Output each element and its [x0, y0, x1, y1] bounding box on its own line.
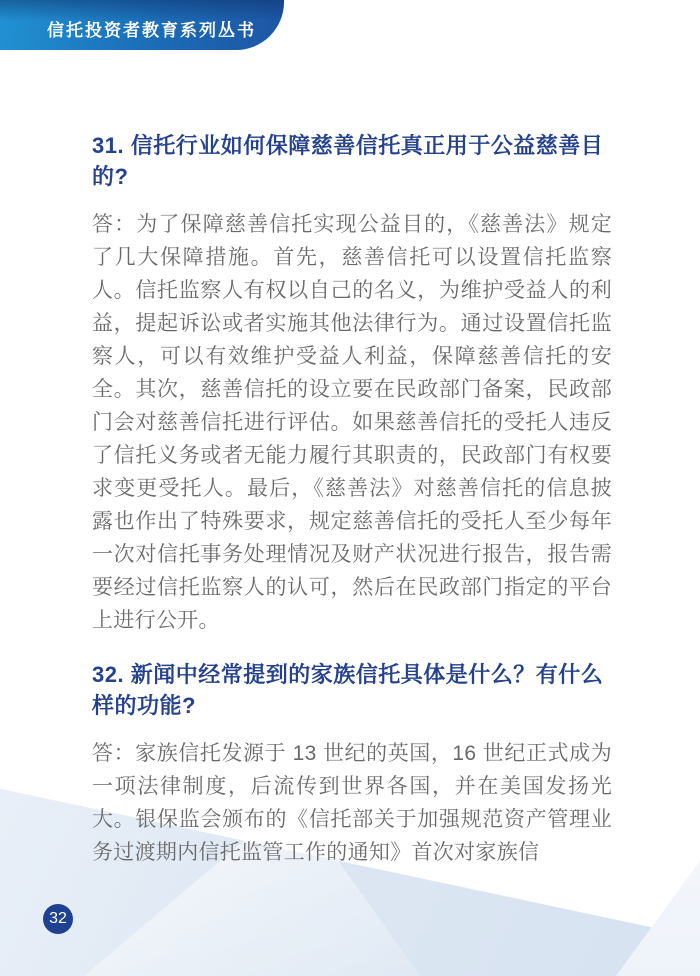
- series-title: 信托投资者教育系列丛书: [47, 16, 256, 41]
- book-page: 信托投资者教育系列丛书 31. 信托行业如何保障慈善信托真正用于公益慈善目的? …: [0, 0, 700, 976]
- page-content: 31. 信托行业如何保障慈善信托真正用于公益慈善目的? 答：为了保障慈善信托实现…: [92, 0, 612, 869]
- qa-section-31: 31. 信托行业如何保障慈善信托真正用于公益慈善目的? 答：为了保障慈善信托实现…: [92, 130, 612, 637]
- question-32-heading: 32. 新闻中经常提到的家族信托具体是什么？有什么样的功能?: [92, 659, 612, 721]
- page-number-badge: 32: [43, 904, 73, 934]
- series-title-badge: 信托投资者教育系列丛书: [0, 0, 284, 50]
- answer-32-paragraph: 答：家族信托发源于 13 世纪的英国，16 世纪正式成为一项法律制度，后流传到世…: [92, 737, 612, 869]
- page-number: 32: [49, 910, 67, 928]
- answer-31-paragraph: 答：为了保障慈善信托实现公益目的，《慈善法》规定了几大保障措施。首先，慈善信托可…: [92, 208, 612, 637]
- qa-section-32: 32. 新闻中经常提到的家族信托具体是什么？有什么样的功能? 答：家族信托发源于…: [92, 659, 612, 869]
- question-31-heading: 31. 信托行业如何保障慈善信托真正用于公益慈善目的?: [92, 130, 612, 192]
